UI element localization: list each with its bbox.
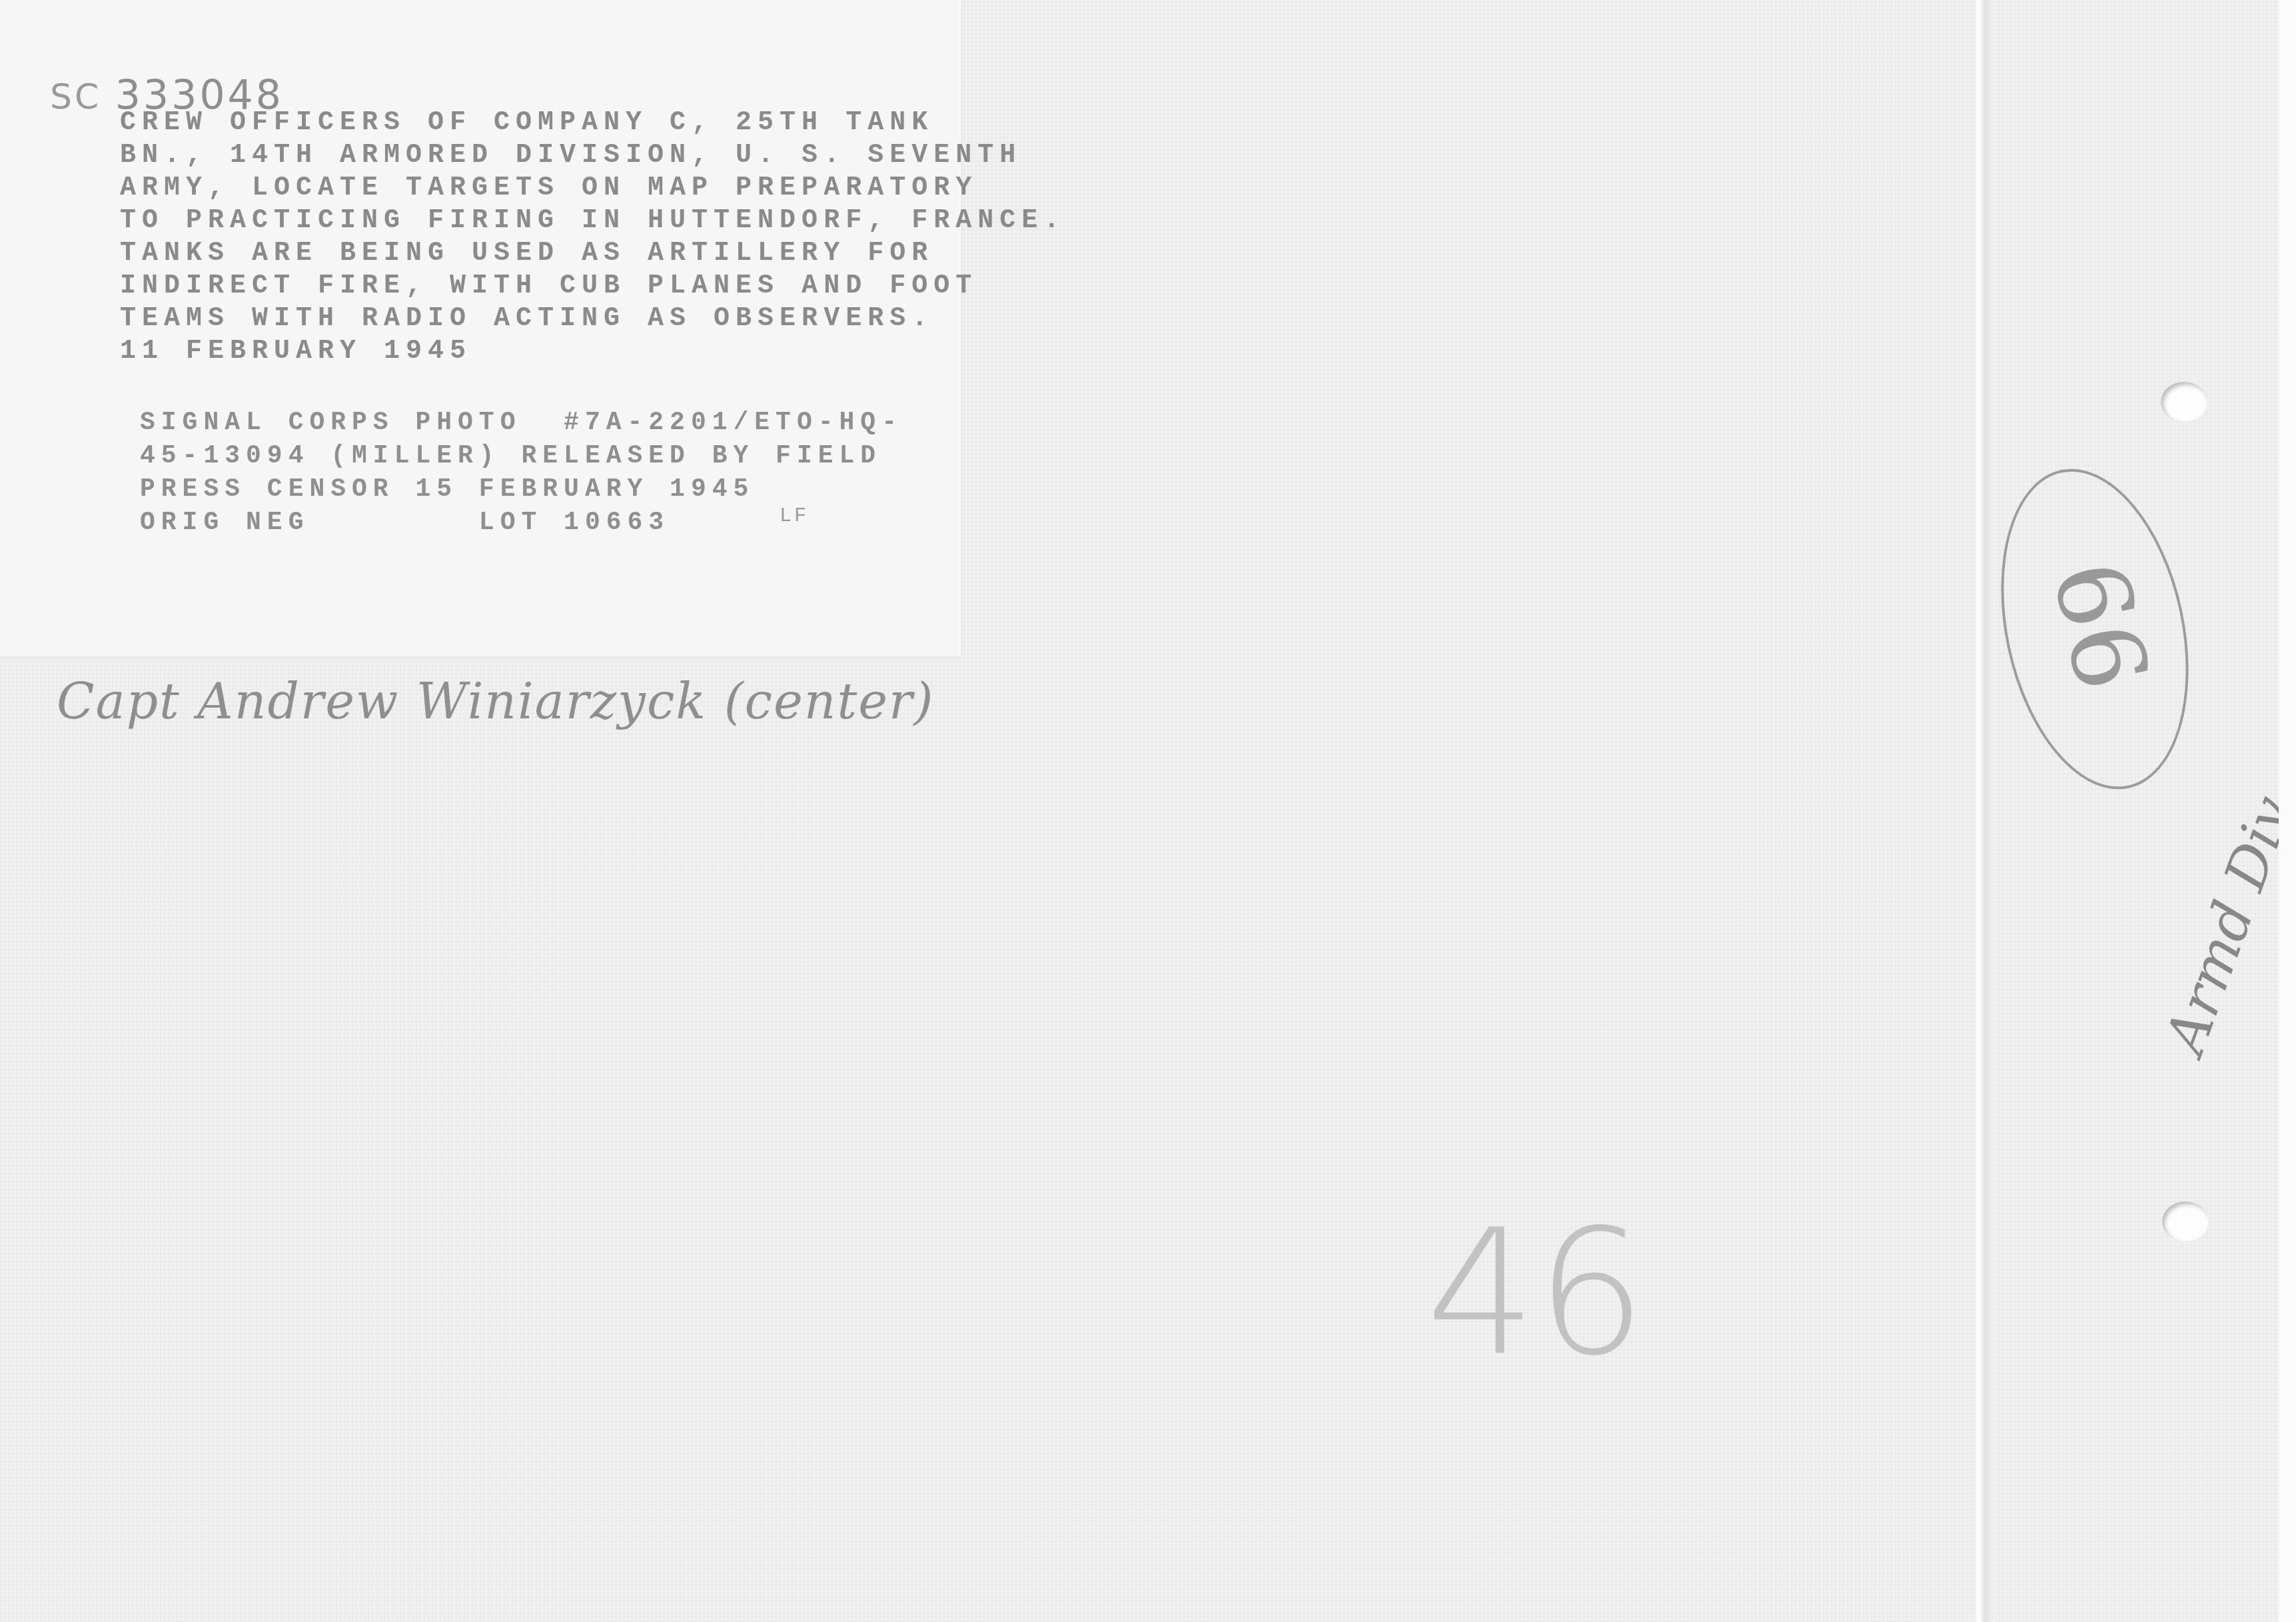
credit-line: 45-13094 (MILLER) RELEASED BY FIELD bbox=[140, 440, 903, 473]
caption-line: TEAMS WITH RADIO ACTING AS OBSERVERS. bbox=[120, 303, 1065, 335]
background-edge bbox=[2279, 0, 2296, 1622]
caption-date: 11 FEBRUARY 1945 bbox=[120, 335, 1065, 368]
caption-line: TO PRACTICING FIRING IN HUTTENDORF, FRAN… bbox=[120, 205, 1065, 237]
caption-line: ARMY, LOCATE TARGETS ON MAP PREPARATORY bbox=[120, 172, 1065, 205]
caption-line: INDIRECT FIRE, WITH CUB PLANES AND FOOT bbox=[120, 270, 1065, 303]
caption-label: SC 333048 CREW OFFICERS OF COMPANY C, 25… bbox=[0, 0, 961, 658]
caption-text: CREW OFFICERS OF COMPANY C, 25TH TANKBN.… bbox=[120, 107, 1065, 368]
clerk-initials: LF bbox=[780, 505, 809, 528]
binding-crease bbox=[1976, 0, 1996, 1622]
handwritten-page-number: 46 bbox=[1426, 1193, 1646, 1394]
caption-line: BN., 14TH ARMORED DIVISION, U. S. SEVENT… bbox=[120, 139, 1065, 172]
caption-line: CREW OFFICERS OF COMPANY C, 25TH TANK bbox=[120, 107, 1065, 139]
caption-line: TANKS ARE BEING USED AS ARTILLERY FOR bbox=[120, 237, 1065, 270]
punch-hole-icon bbox=[2162, 1202, 2209, 1241]
punch-hole-icon bbox=[2161, 382, 2207, 422]
catalog-prefix: SC bbox=[50, 77, 101, 117]
credit-line: SIGNAL CORPS PHOTO #7A-2201/ETO-HQ- bbox=[140, 406, 903, 440]
circled-number-annotation: 99 bbox=[1974, 451, 2216, 806]
photo-mount-card: SC 333048 CREW OFFICERS OF COMPANY C, 25… bbox=[0, 0, 2281, 1622]
credit-line: PRESS CENSOR 15 FEBRUARY 1945 bbox=[140, 473, 903, 506]
circled-number: 99 bbox=[2035, 550, 2175, 699]
handwritten-subject-name: Capt Andrew Winiarzyck (center) bbox=[57, 673, 934, 730]
